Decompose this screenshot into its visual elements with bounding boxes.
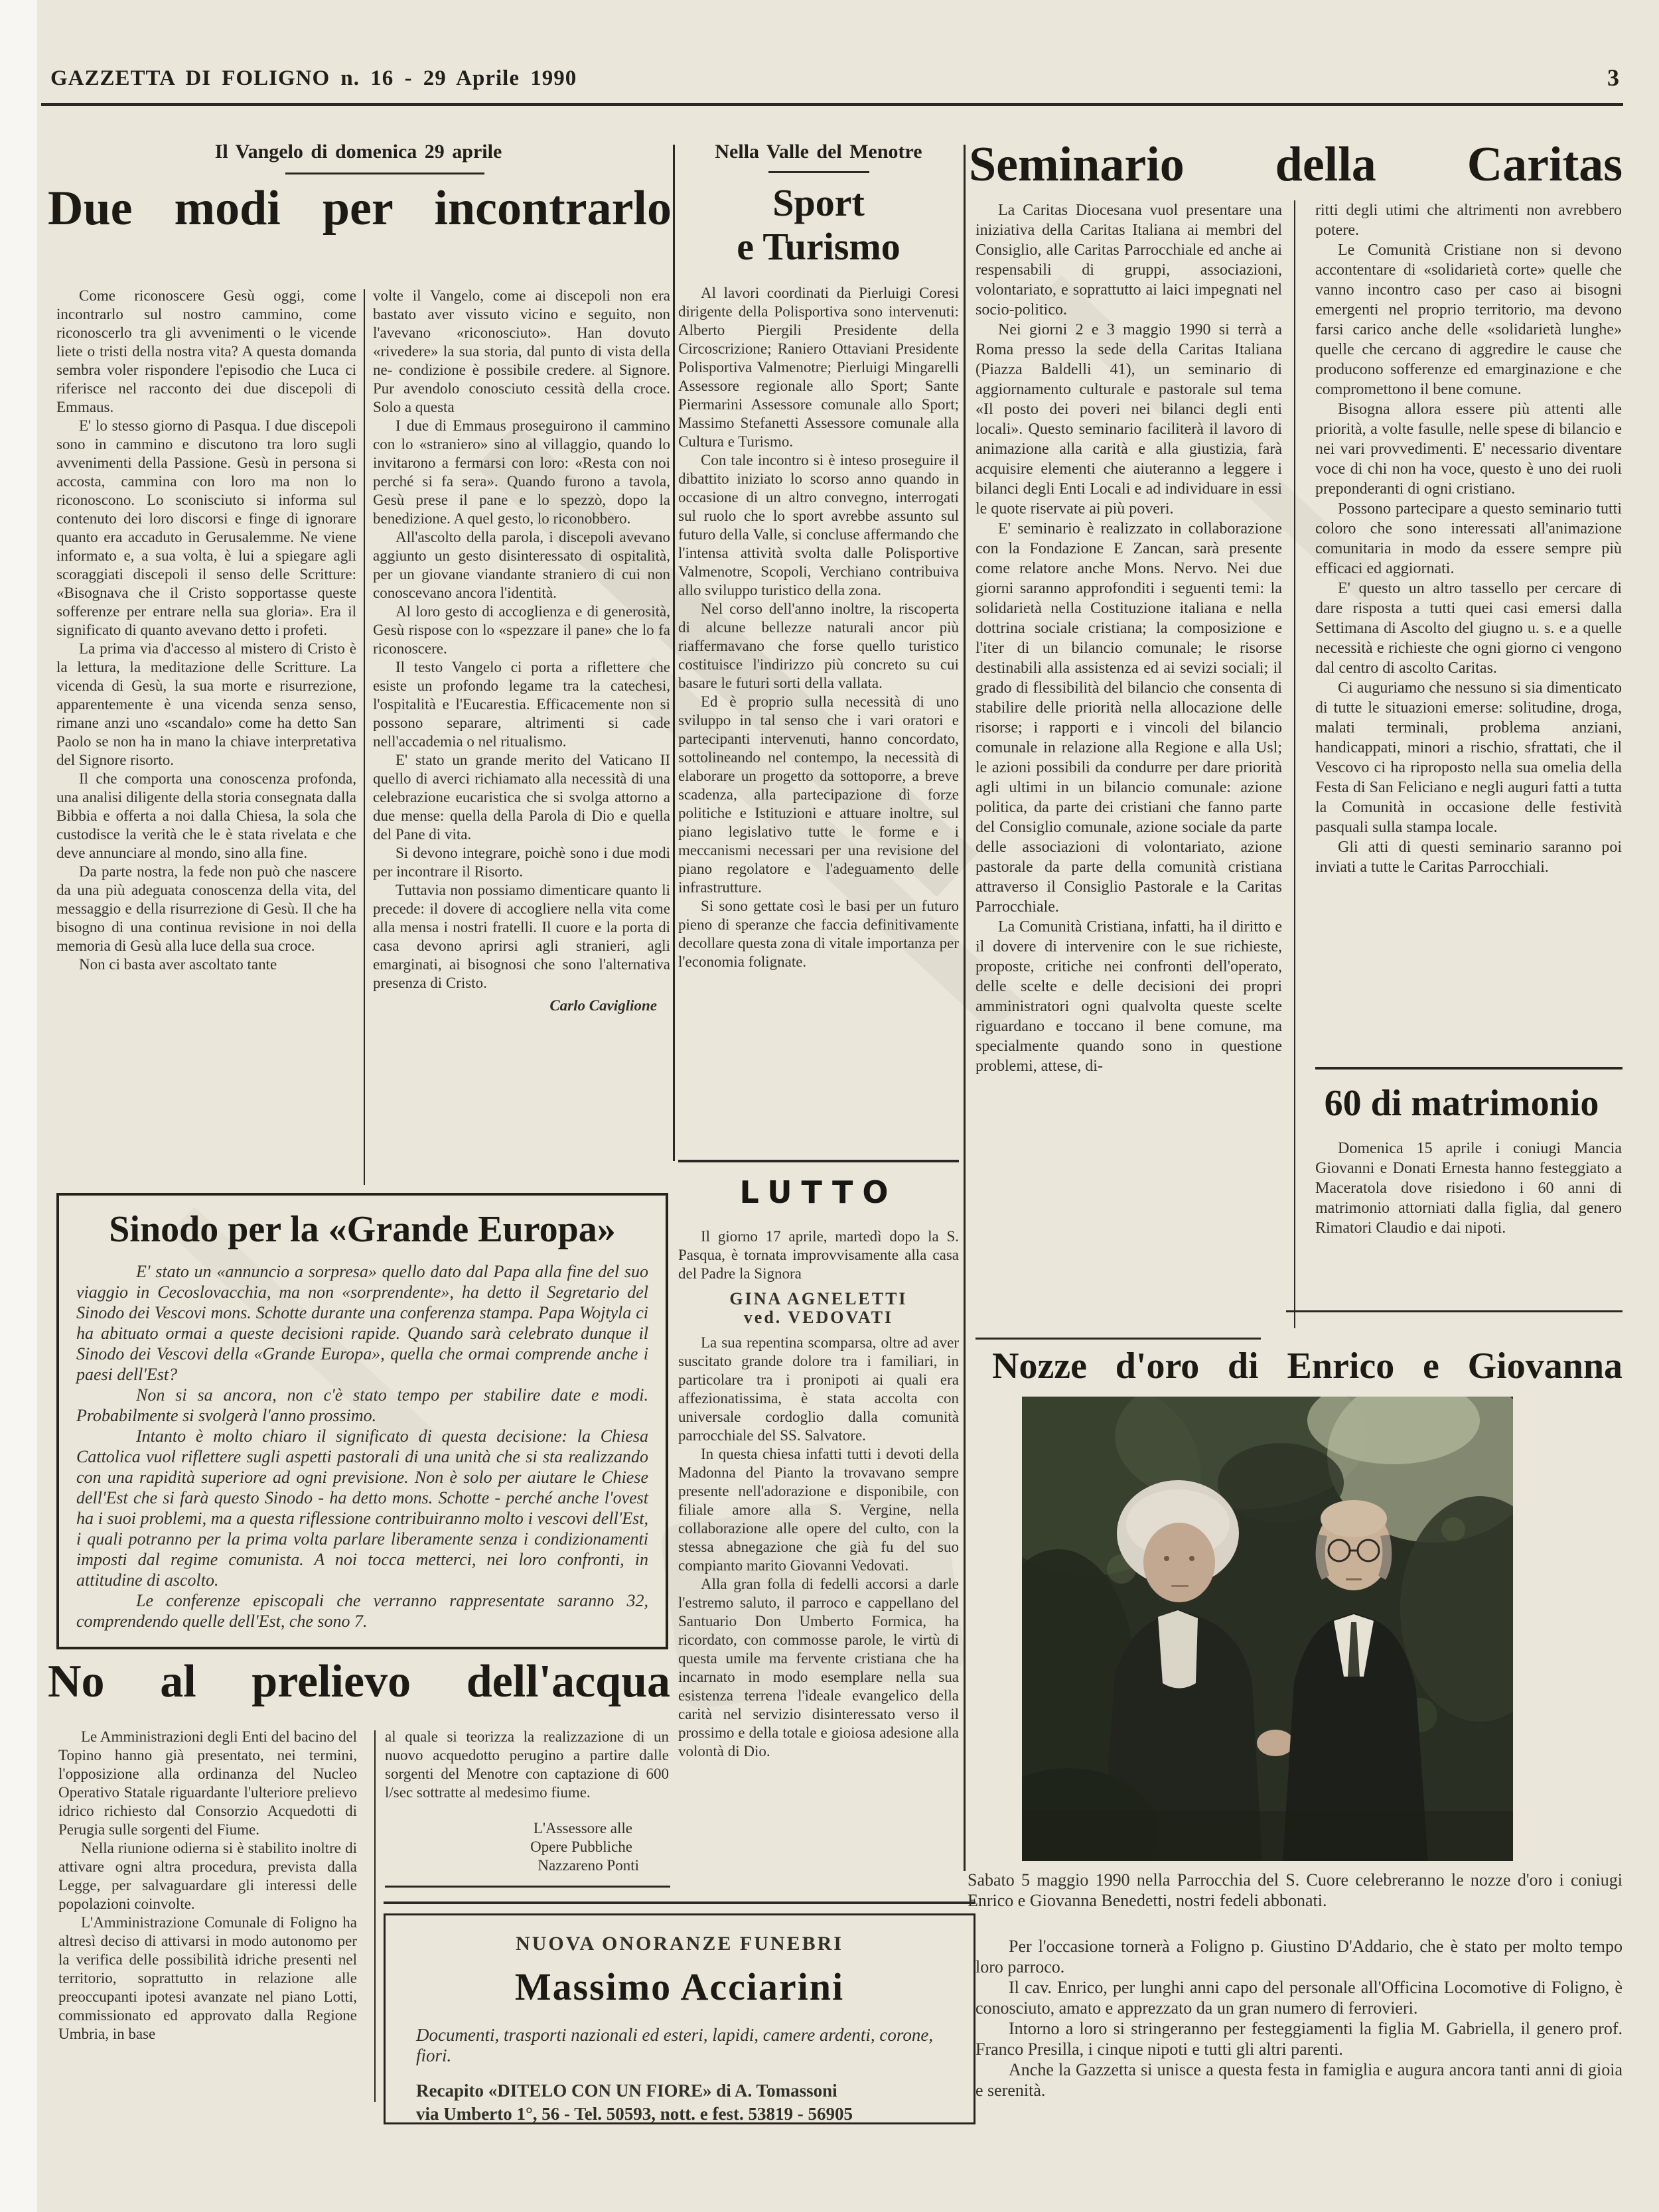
vangelo-column-2: volte il Vangelo, come ai discepoli non …	[373, 287, 670, 1015]
paragraph: Le Comunità Cristiane non si devono acco…	[1315, 240, 1622, 399]
column-divider	[1294, 200, 1295, 1328]
paragraph: Il testo Vangelo ci porta a riflettere c…	[373, 658, 670, 751]
column-divider	[374, 1730, 376, 2102]
column-divider	[964, 145, 966, 1871]
paragraph: Il che comporta una conoscenza profonda,…	[56, 770, 356, 863]
paragraph: Il cav. Enrico, per lunghi anni capo del…	[975, 1977, 1623, 2018]
man-scalp	[1321, 1500, 1387, 1537]
wedding-couple-photo	[1022, 1397, 1513, 1861]
seminario-column-2: ritti degli utimi che altrimenti non avr…	[1315, 200, 1622, 877]
paragraph: E' stato un grande merito del Vaticano I…	[373, 751, 670, 844]
paragraph: Nella riunione odierna si è stabilito in…	[58, 1839, 357, 1913]
paragraph: Ci auguriamo che nessuno si sia dimentic…	[1315, 678, 1622, 837]
paragraph: Anche la Gazzetta si unisce a questa fes…	[975, 2059, 1623, 2101]
sinodo-headline: Sinodo per la «Grande Europa»	[76, 1210, 648, 1249]
kicker-underline	[768, 171, 869, 173]
paragraph: ritti degli utimi che altrimenti non avr…	[1315, 200, 1622, 240]
paragraph: Possono partecipare a questo seminario t…	[1315, 499, 1622, 579]
paragraph: volte il Vangelo, come ai discepoli non …	[373, 287, 670, 417]
paragraph: La Comunità Cristiana, infatti, ha il di…	[975, 917, 1282, 1076]
lutto-headline: LUTTO	[678, 1174, 959, 1210]
seminario-headline: Seminario della Caritas	[969, 139, 1623, 191]
photo-caption: Sabato 5 maggio 1990 nella Parrocchia de…	[968, 1870, 1623, 1911]
paragraph: Il giorno 17 aprile, martedì dopo la S. …	[678, 1227, 959, 1283]
sport-column: Al lavori coordinati da Pierluigi Coresi…	[678, 284, 959, 971]
paragraph: Come riconoscere Gesù oggi, come incontr…	[56, 287, 356, 417]
sinodo-body: E' stato un «annuncio a sorpresa» quello…	[76, 1261, 648, 1631]
woman-hand	[1257, 1730, 1294, 1756]
paragraph: E' questo un altro tassello per cercare …	[1315, 579, 1622, 678]
paragraph: Gli atti di questi seminario saranno poi…	[1315, 837, 1622, 877]
article-sinodo-box: Sinodo per la «Grande Europa» E' stato u…	[56, 1193, 668, 1649]
ad-description: Documenti, trasporti nazionali ed esteri…	[386, 2025, 974, 2066]
woman-face	[1143, 1523, 1215, 1602]
column-divider	[673, 145, 675, 1161]
signature-role-line: Opere Pubbliche	[385, 1838, 669, 1856]
paragraph: Intanto è molto chiaro il significato di…	[76, 1426, 648, 1590]
paragraph: Domenica 15 aprile i coniugi Mancia Giov…	[1315, 1139, 1622, 1238]
signature-role-line: L'Assessore alle	[385, 1819, 669, 1838]
author-signature: Carlo Caviglione	[373, 997, 670, 1015]
paragraph: Si sono gettate così le basi per un futu…	[678, 897, 959, 971]
paragraph: All'ascolto della parola, i discepoli av…	[373, 528, 670, 602]
paragraph: I due di Emmaus proseguirono il cammino …	[373, 417, 670, 528]
vangelo-headline: Due modi per incontrarlo	[48, 183, 672, 235]
section-rule	[975, 1338, 1261, 1340]
paragraph: Per l'occasione tornerà a Foligno p. Giu…	[975, 1936, 1623, 1977]
scan-edge	[0, 0, 37, 2212]
vangelo-kicker: Il Vangelo di domenica 29 aprile	[113, 141, 604, 163]
kicker-underline	[285, 173, 484, 174]
paragraph: Al lavori coordinati da Pierluigi Coresi…	[678, 284, 959, 451]
sport-kicker: Nella Valle del Menotre	[678, 141, 959, 163]
paragraph: La sua repentina scomparsa, oltre ad ave…	[678, 1334, 959, 1445]
paragraph: Non si sa ancora, non c'è stato tempo pe…	[76, 1385, 648, 1426]
column-divider	[364, 289, 365, 1185]
paragraph: Tuttavia non possiamo dimenticare quanto…	[373, 881, 670, 993]
paragraph: Le conferenze episcopali che verranno ra…	[76, 1590, 648, 1631]
paragraph: Con tale incontro si è inteso proseguire…	[678, 451, 959, 600]
sport-headline-line2: e Turismo	[678, 227, 959, 267]
woman-mouth	[1171, 1585, 1189, 1587]
nozze-column: Per l'occasione tornerà a Foligno p. Giu…	[975, 1936, 1623, 2101]
paragraph: Non ci basta aver ascoltato tante	[56, 955, 356, 974]
page-number: 3	[1579, 64, 1619, 92]
ad-business-name: Massimo Acciarini	[386, 1965, 974, 2009]
paragraph: Da parte nostra, la fede non può che nas…	[56, 863, 356, 955]
leaf	[1441, 1517, 1465, 1541]
paragraph: Ed è proprio sulla necessità di uno svil…	[678, 693, 959, 897]
lutto-column: Il giorno 17 aprile, martedì dopo la S. …	[678, 1227, 959, 1761]
paragraph: al quale si teorizza la realizzazione di…	[385, 1728, 669, 1802]
section-rule	[385, 1886, 670, 1888]
paragraph: L'Amministrazione Comunale di Foligno ha…	[58, 1913, 357, 2043]
paragraph: Nei giorni 2 e 3 maggio 1990 si terrà a …	[975, 320, 1282, 519]
prelievo-column-1: Le Amministrazioni degli Enti del bacino…	[58, 1728, 357, 2043]
sport-headline-line1: Sport	[678, 183, 959, 224]
woman-eye	[1189, 1556, 1194, 1561]
funeral-ad-box: NUOVA ONORANZE FUNEBRI Massimo Acciarini…	[384, 1913, 975, 2124]
newspaper-page: GAZZETTA DI FOLIGNO n. 16 - 29 Aprile 19…	[0, 0, 1659, 2212]
prelievo-headline: No al prelievo dell'acqua	[48, 1657, 670, 1706]
paragraph: E' stato un «annuncio a sorpresa» quello…	[76, 1261, 648, 1385]
section-rule	[678, 1160, 959, 1162]
seminario-column-1: La Caritas Diocesana vuol presentare una…	[975, 200, 1282, 1076]
woman-blouse	[1158, 1610, 1198, 1689]
vangelo-column-1: Come riconoscere Gesù oggi, come incontr…	[56, 287, 356, 974]
matrimonio-headline: 60 di matrimonio	[1301, 1084, 1623, 1123]
paragraph: Alla gran folla di fedelli accorsi a dar…	[678, 1575, 959, 1761]
section-rule	[1315, 1067, 1623, 1070]
paragraph: La Caritas Diocesana vuol presentare una…	[975, 200, 1282, 320]
matrimonio-column: Domenica 15 aprile i coniugi Mancia Giov…	[1315, 1139, 1622, 1238]
nozze-headline: Nozze d'oro di Enrico e Giovanna	[992, 1347, 1623, 1386]
paragraph: E' seminario è realizzato in collaborazi…	[975, 519, 1282, 917]
woman-eye	[1164, 1556, 1169, 1561]
header-rule	[41, 103, 1623, 106]
man-mouth	[1346, 1578, 1362, 1580]
prelievo-column-2: al quale si teorizza la realizzazione di…	[385, 1728, 669, 1875]
deceased-name-suffix: ved. VEDOVATI	[678, 1308, 959, 1327]
deceased-name: GINA AGNELETTI	[678, 1290, 959, 1308]
paragraph: In questa chiesa infatti tutti i devoti …	[678, 1445, 959, 1575]
section-rule	[1286, 1310, 1623, 1312]
paragraph: Intorno a loro si stringeranno per feste…	[975, 2018, 1623, 2059]
ad-top-rule	[384, 1901, 975, 1904]
paragraph: E' lo stesso giorno di Pasqua. I due dis…	[56, 417, 356, 640]
photo-vignette	[1022, 1811, 1513, 1861]
ad-contact-line2: via Umberto 1°, 56 - Tel. 50593, nott. e…	[386, 2104, 974, 2124]
masthead: GAZZETTA DI FOLIGNO n. 16 - 29 Aprile 19…	[50, 66, 577, 91]
paragraph: Si devono integrare, poichè sono i due m…	[373, 844, 670, 881]
paragraph: Bisogna allora essere più attenti alle p…	[1315, 399, 1622, 499]
paragraph: Nel corso dell'anno inoltre, la riscoper…	[678, 600, 959, 693]
paragraph: Al loro gesto di accoglienza e di genero…	[373, 602, 670, 658]
paragraph: La prima via d'accesso al mistero di Cri…	[56, 640, 356, 770]
paragraph: Le Amministrazioni degli Enti del bacino…	[58, 1728, 357, 1839]
ad-contact-line1: Recapito «DITELO CON UN FIORE» di A. Tom…	[386, 2081, 974, 2101]
signature-name-line: Nazzareno Ponti	[385, 1856, 669, 1875]
ad-header: NUOVA ONORANZE FUNEBRI	[386, 1933, 974, 1955]
photo-illustration	[1022, 1397, 1513, 1861]
